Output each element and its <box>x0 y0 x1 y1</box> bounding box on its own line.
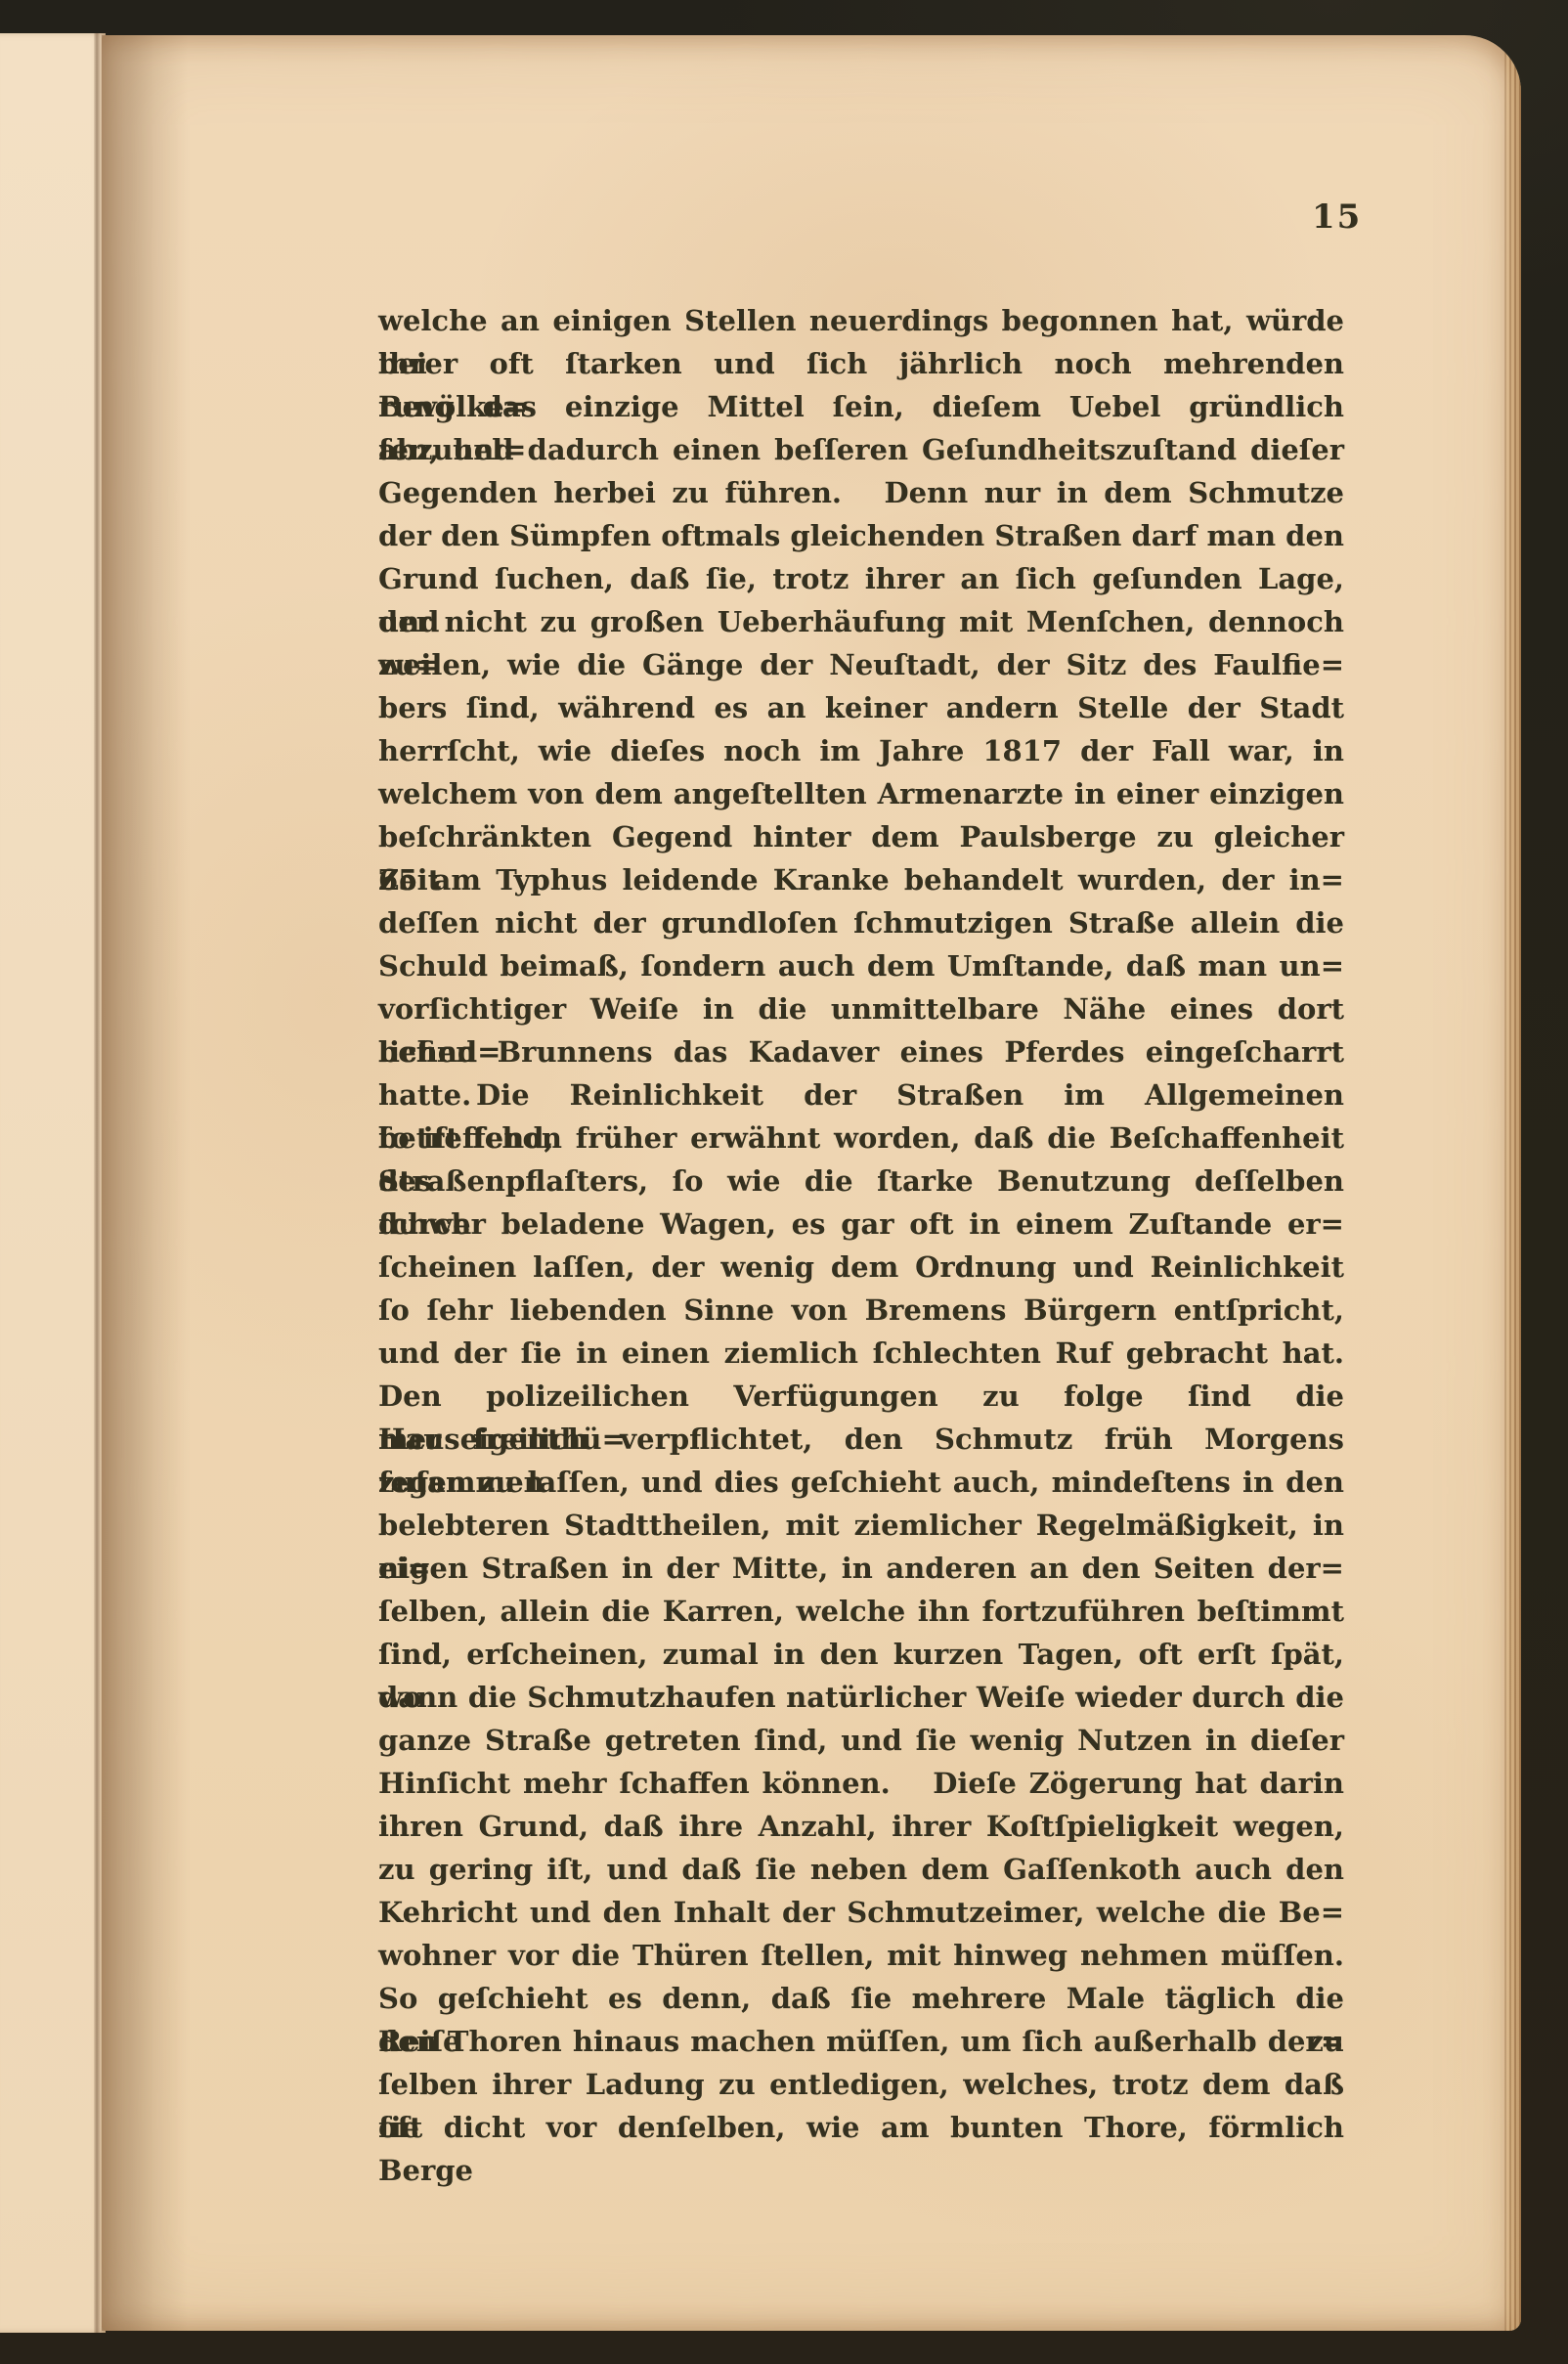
text-line: ihrer oft ſtarken und ſich jährlich noch… <box>378 342 1344 385</box>
text-line: 65 am Typhus leidende Kranke behandelt w… <box>378 858 1344 901</box>
text-line: Straßenpflaſters, ſo wie die ſtarke Benu… <box>378 1160 1344 1203</box>
text-line: Grund ſuchen, daß ſie, trotz ihrer an ſi… <box>378 557 1344 600</box>
text-line: zu gering iſt, und daß ſie neben dem Gaſ… <box>378 1848 1344 1891</box>
facing-page-edge <box>0 33 106 2333</box>
text-line: den Thoren hinaus machen müſſen, um ſich… <box>378 2020 1344 2063</box>
text-line: und der ſie in einen ziemlich ſchlechten… <box>378 1332 1344 1375</box>
text-line: lichen Brunnens das Kadaver eines Pferde… <box>378 1030 1344 1073</box>
text-line: ſelben ihrer Ladung zu entledigen, welch… <box>378 2063 1344 2106</box>
text-line: fegen zu laſſen, und dies geſchieht auch… <box>378 1461 1344 1504</box>
text-line: dann die Schmutzhaufen natürlicher Weiſe… <box>378 1676 1344 1719</box>
text-line: ſind, erſcheinen, zumal in den kurzen Ta… <box>378 1633 1344 1676</box>
text-line-paragraph-start: Die Reinlichkeit der Straßen im Allgemei… <box>378 1073 1344 1116</box>
text-line: welche an einigen Stellen neuerdings beg… <box>378 299 1344 342</box>
text-line: bers ſind, während es an keiner andern S… <box>378 686 1344 729</box>
text-line: Den polizeilichen Verfügungen zu folge ſ… <box>378 1375 1344 1418</box>
text-line: wohner vor die Thüren ſtellen, mit hinwe… <box>378 1934 1344 1977</box>
text-line: welchem von dem angeſtellten Armenarzte … <box>378 772 1344 815</box>
text-line: Schuld beimaß, ſondern auch dem Umſtande… <box>378 944 1344 987</box>
book-page: 15 welche an einigen Stellen neuerdings … <box>102 35 1521 2331</box>
text-line: belebteren Stadttheilen, mit ziemlicher … <box>378 1504 1344 1547</box>
page-edge-stack <box>1504 35 1521 2331</box>
text-line: herrſcht, wie dieſes noch im Jahre 1817 … <box>378 729 1344 772</box>
text-line: ſcheinen laſſen, der wenig dem Ordnung u… <box>378 1246 1344 1289</box>
text-line: deſſen nicht der grundloſen ſchmutzigen … <box>378 901 1344 944</box>
text-line: So geſchieht es denn, daß ſie mehrere Ma… <box>378 1977 1344 2020</box>
text-block: welche an einigen Stellen neuerdings beg… <box>378 299 1344 2149</box>
text-line: mer freilich verpflichtet, den Schmutz f… <box>378 1418 1344 1461</box>
text-line: ſo ſehr liebenden Sinne von Bremens Bürg… <box>378 1289 1344 1332</box>
text-line: ſo iſt ſchon früher erwähnt worden, daß … <box>378 1116 1344 1160</box>
text-line: Hinſicht mehr ſchaffen können. Dieſe Zög… <box>378 1762 1344 1805</box>
text-line: weilen, wie die Gänge der Neuſtadt, der … <box>378 643 1344 686</box>
text-line: ihren Grund, daß ihre Anzahl, ihrer Koſt… <box>378 1805 1344 1848</box>
text-line: der den Sümpfen oftmals gleichenden Stra… <box>378 514 1344 557</box>
text-line: rung das einzige Mittel ſein, dieſem Ueb… <box>378 385 1344 428</box>
text-line: fen, und dadurch einen beſſeren Geſundhe… <box>378 428 1344 471</box>
book-photo: 15 welche an einigen Stellen neuerdings … <box>0 0 1568 2364</box>
text-line: ganze Straße getreten ſind, und ſie weni… <box>378 1719 1344 1762</box>
page-number: 15 <box>1312 197 1362 237</box>
text-line: oft dicht vor denſelben, wie am bunten T… <box>378 2106 1344 2149</box>
text-line: beſchränkten Gegend hinter dem Paulsberg… <box>378 815 1344 858</box>
text-line: vorſichtiger Weiſe in die unmittelbare N… <box>378 987 1344 1030</box>
text-line: ſelben, allein die Karren, welche ihn fo… <box>378 1590 1344 1633</box>
text-line: nigen Straßen in der Mitte, in anderen a… <box>378 1547 1344 1590</box>
text-line: Gegenden herbei zu führen. Denn nur in d… <box>378 471 1344 514</box>
text-line: ſchwer beladene Wagen, es gar oft in ein… <box>378 1203 1344 1246</box>
gutter-crease <box>94 33 100 2333</box>
text-line: Kehricht und den Inhalt der Schmutzeimer… <box>378 1891 1344 1934</box>
text-line: der nicht zu großen Ueberhäufung mit Men… <box>378 600 1344 643</box>
